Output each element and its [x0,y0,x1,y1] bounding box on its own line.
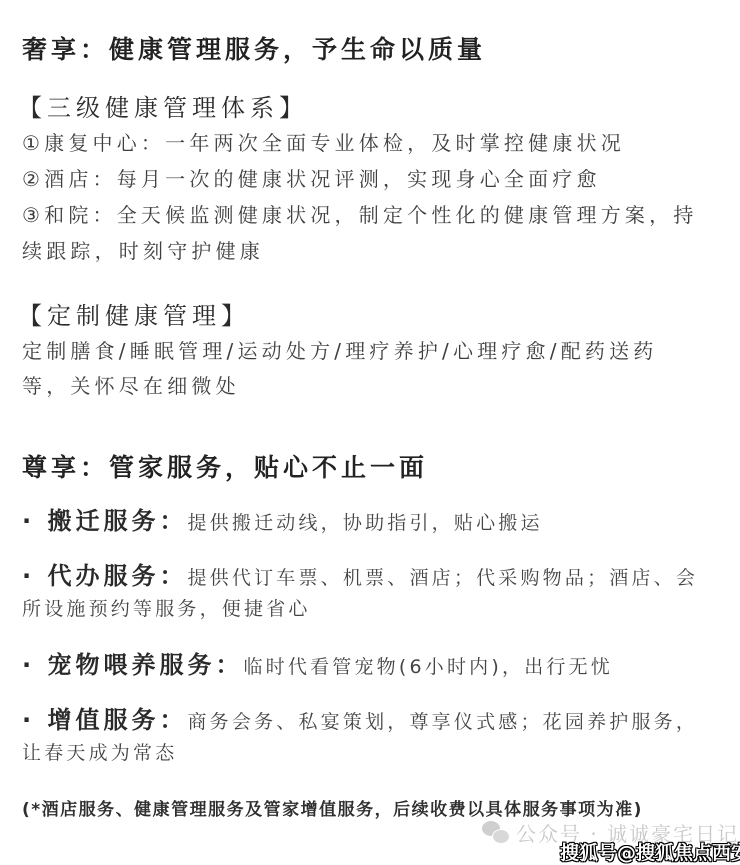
service-desc: 提供搬迁动线，协助指引，贴心搬运 [187,512,542,534]
service-label: · 搬迁服务： [22,507,187,535]
service-errands: · 代办服务：提供代订车票、机票、酒店；代采购物品；酒店、会 [22,556,698,591]
service-relocation: · 搬迁服务：提供搬迁动线，协助指引，贴心搬运 [22,501,543,536]
health-system-item-3: ③和院：全天候监测健康状况，制定个性化的健康管理方案，持 [22,199,698,228]
service-desc: 商务会务、私宴策划，尊享仪式感；花园养护服务， [187,711,698,733]
service-pet-care: · 宠物喂养服务：临时代看管宠物(6小时内)，出行无忧 [22,645,613,680]
section-title-butler: 尊享：管家服务，贴心不止一面 [22,448,428,484]
health-system-item-1: ①康复中心：一年两次全面专业体检，及时掌控健康状况 [22,127,625,156]
footnote: (*酒店服务、健康管理服务及管家增值服务，后续收费以具体服务事项为准) [22,795,643,820]
health-system-item-2: ②酒店：每月一次的健康状况评测，实现身心全面疗愈 [22,163,601,192]
heading-health-system: 【三级健康管理体系】 [18,88,308,123]
service-desc: 提供代订车票、机票、酒店；代采购物品；酒店、会 [187,567,698,589]
service-desc: 临时代看管宠物(6小时内)，出行无忧 [243,656,613,678]
custom-health-line-2: 等，关怀尽在细微处 [22,370,240,399]
service-value-added: · 增值服务：商务会务、私宴策划，尊享仪式感；花园养护服务， [22,700,698,735]
health-system-item-3-cont: 续跟踪，时刻守护健康 [22,235,264,264]
service-errands-cont: 所设施预约等服务，便捷省心 [22,594,311,621]
service-label: · 代办服务： [22,562,187,590]
custom-health-line-1: 定制膳食/睡眠管理/运动处方/理疗养护/心理疗愈/配药送药 [22,335,658,364]
service-label: · 增值服务： [22,706,187,734]
wechat-icon [482,821,510,845]
service-value-added-cont: 让春天成为常态 [22,738,177,765]
sohu-watermark: 搜狐号@搜狐焦点西安站 [560,838,740,865]
heading-custom-health: 【定制健康管理】 [18,296,250,331]
section-title-health: 奢享：健康管理服务，予生命以质量 [22,30,486,66]
service-label: · 宠物喂养服务： [22,651,243,679]
